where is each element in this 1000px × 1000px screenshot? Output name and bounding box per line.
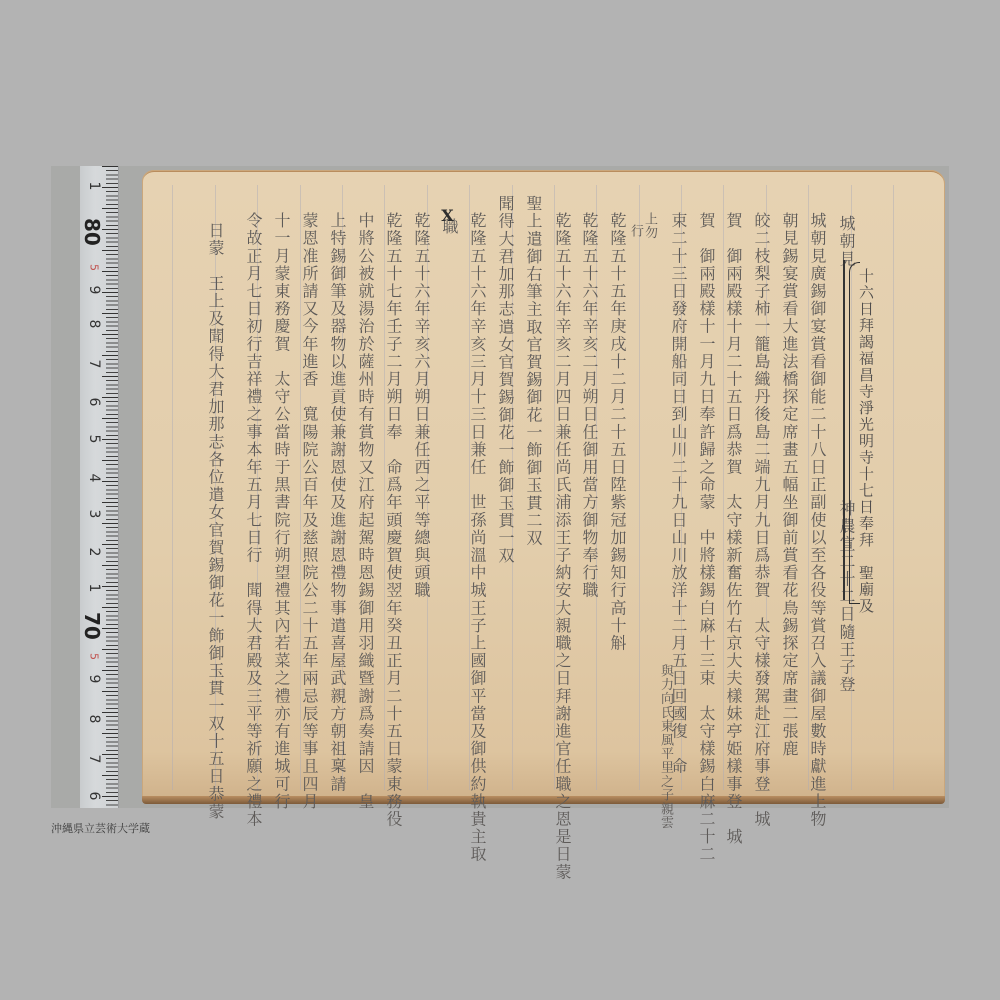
collection-caption: 沖縄県立芸術大学蔵: [51, 820, 150, 836]
ruler-label: 2: [86, 542, 102, 562]
ruler-label: 4: [86, 468, 102, 488]
deletion-mark: X: [438, 206, 456, 227]
text-column-8b: 行: [626, 224, 644, 238]
text-column-23: 日蒙 王上及聞得大君加那志各位遣女官賀錫御花一飾御玉貫一双十五日恭蒙: [206, 222, 224, 820]
text-column-2: 城朝見廣錫御宴賞看御能二十八日正副使以至各役等賞召入議御屋數時獻進上物: [808, 212, 826, 828]
text-column-10: 乾隆五十六年辛亥二月朔日任御用當方御物奉行職: [580, 212, 598, 599]
ruler-label: 7: [86, 749, 102, 769]
ruling-line: [639, 185, 640, 790]
ruler-label: 6: [86, 392, 102, 412]
text-column-9: 乾隆五十五年庚戌十二月二十五日陞紫冠加錫知行高十斛: [608, 212, 626, 652]
ruler-label: 1: [86, 176, 102, 196]
ruler-label: 3: [86, 504, 102, 524]
text-column-14: 乾隆五十六年辛亥三月十三日兼任 世孫尚溫中城王子上國御平當及御供約執貴主取: [468, 212, 486, 863]
ruling-line: [172, 185, 173, 790]
ruler-label: 1: [86, 578, 102, 598]
text-column-20: 蒙恩准所請又今年進香 寬陽院公百年及慈照院公二十五年兩忌辰等事且四月: [300, 212, 318, 810]
ruler-major-ticks: [102, 166, 118, 808]
ruler-label-red: 5: [88, 647, 101, 667]
text-column-6: 賀 御兩殿樣十一月九日奉許歸之命蒙 中將樣錫白麻十三束 太守樣錫白麻二十二: [697, 212, 715, 863]
text-column-7-lower: 與力向氏東風平里之子親雲: [656, 664, 674, 830]
ruler-label: 80: [80, 218, 104, 238]
text-column-18: 中將公被就湯治於薩州時有賞物又江府起駕時恩錫御用羽織暨謝爲奏請因 皇: [356, 212, 374, 810]
text-column-11: 乾隆五十六年辛亥二月四日兼任尚氏浦添王子納安大親職之日拜謝進官任職之恩是日蒙: [553, 212, 571, 881]
text-column-4: 皎二枝梨子柿一籠島織丹後島二端九月九日爲恭賀 太守樣發駕赴江府事登 城: [752, 212, 770, 828]
ruler-label: 7: [86, 354, 102, 374]
annotation-bracket: [849, 262, 860, 604]
text-column-17: 乾隆五十七年壬子二月朔日奉 命爲年頭慶賀使翌年癸丑正月二十五日蒙東務役: [384, 212, 402, 828]
measuring-ruler: 1 80 5 9 8 7 6 5 4 3 2 1 70 5 9 8 7 6: [80, 166, 119, 808]
ruling-line: [893, 185, 894, 790]
text-column-22: 令故正月七日初行吉祥禮之事本年五月七日行 聞得大君殿及三平等祈願之禮本: [244, 212, 262, 828]
text-column-13: 聞得大君加那志遣女官賀錫御花一飾御玉貫一双: [496, 195, 514, 565]
ruler-label: 9: [86, 280, 102, 300]
ruler-label: 5: [86, 429, 102, 449]
ruler-label: 9: [86, 669, 102, 689]
text-column-3: 朝見錫宴賞看大進法橋探定席畫五幅坐御前賞看花鳥錫探定席畫二張鹿: [780, 212, 798, 758]
strikethrough-line: [843, 260, 845, 600]
ruler-label: 8: [86, 709, 102, 729]
ruler-label: 6: [86, 786, 102, 806]
text-column-16: 乾隆五十六年辛亥六月朔日兼任西之平等總與頭職: [412, 212, 430, 599]
text-column-21: 十一月蒙東務慶賀 太守公當時于黒書院行朔望禮其內若菜之禮亦有進城可行: [272, 212, 290, 810]
text-column-5: 賀 御兩殿樣十月二十五日爲恭賀 太守樣新奮佐竹右京大夫樣妹亭姫樣事登 城: [724, 212, 742, 846]
ruler-label-red: 5: [88, 258, 101, 278]
ruler-label: 70: [80, 612, 104, 632]
text-column-12: 聖上遣御右筆主取官賀錫御花一飾御玉貫二双: [524, 195, 542, 547]
text-column-19: 上特錫御筆及器物以進貢使兼謝恩使及進謝恩禮物事遣喜屋武親方朝祖稟請: [328, 212, 346, 793]
ruler-label: 8: [86, 314, 102, 334]
